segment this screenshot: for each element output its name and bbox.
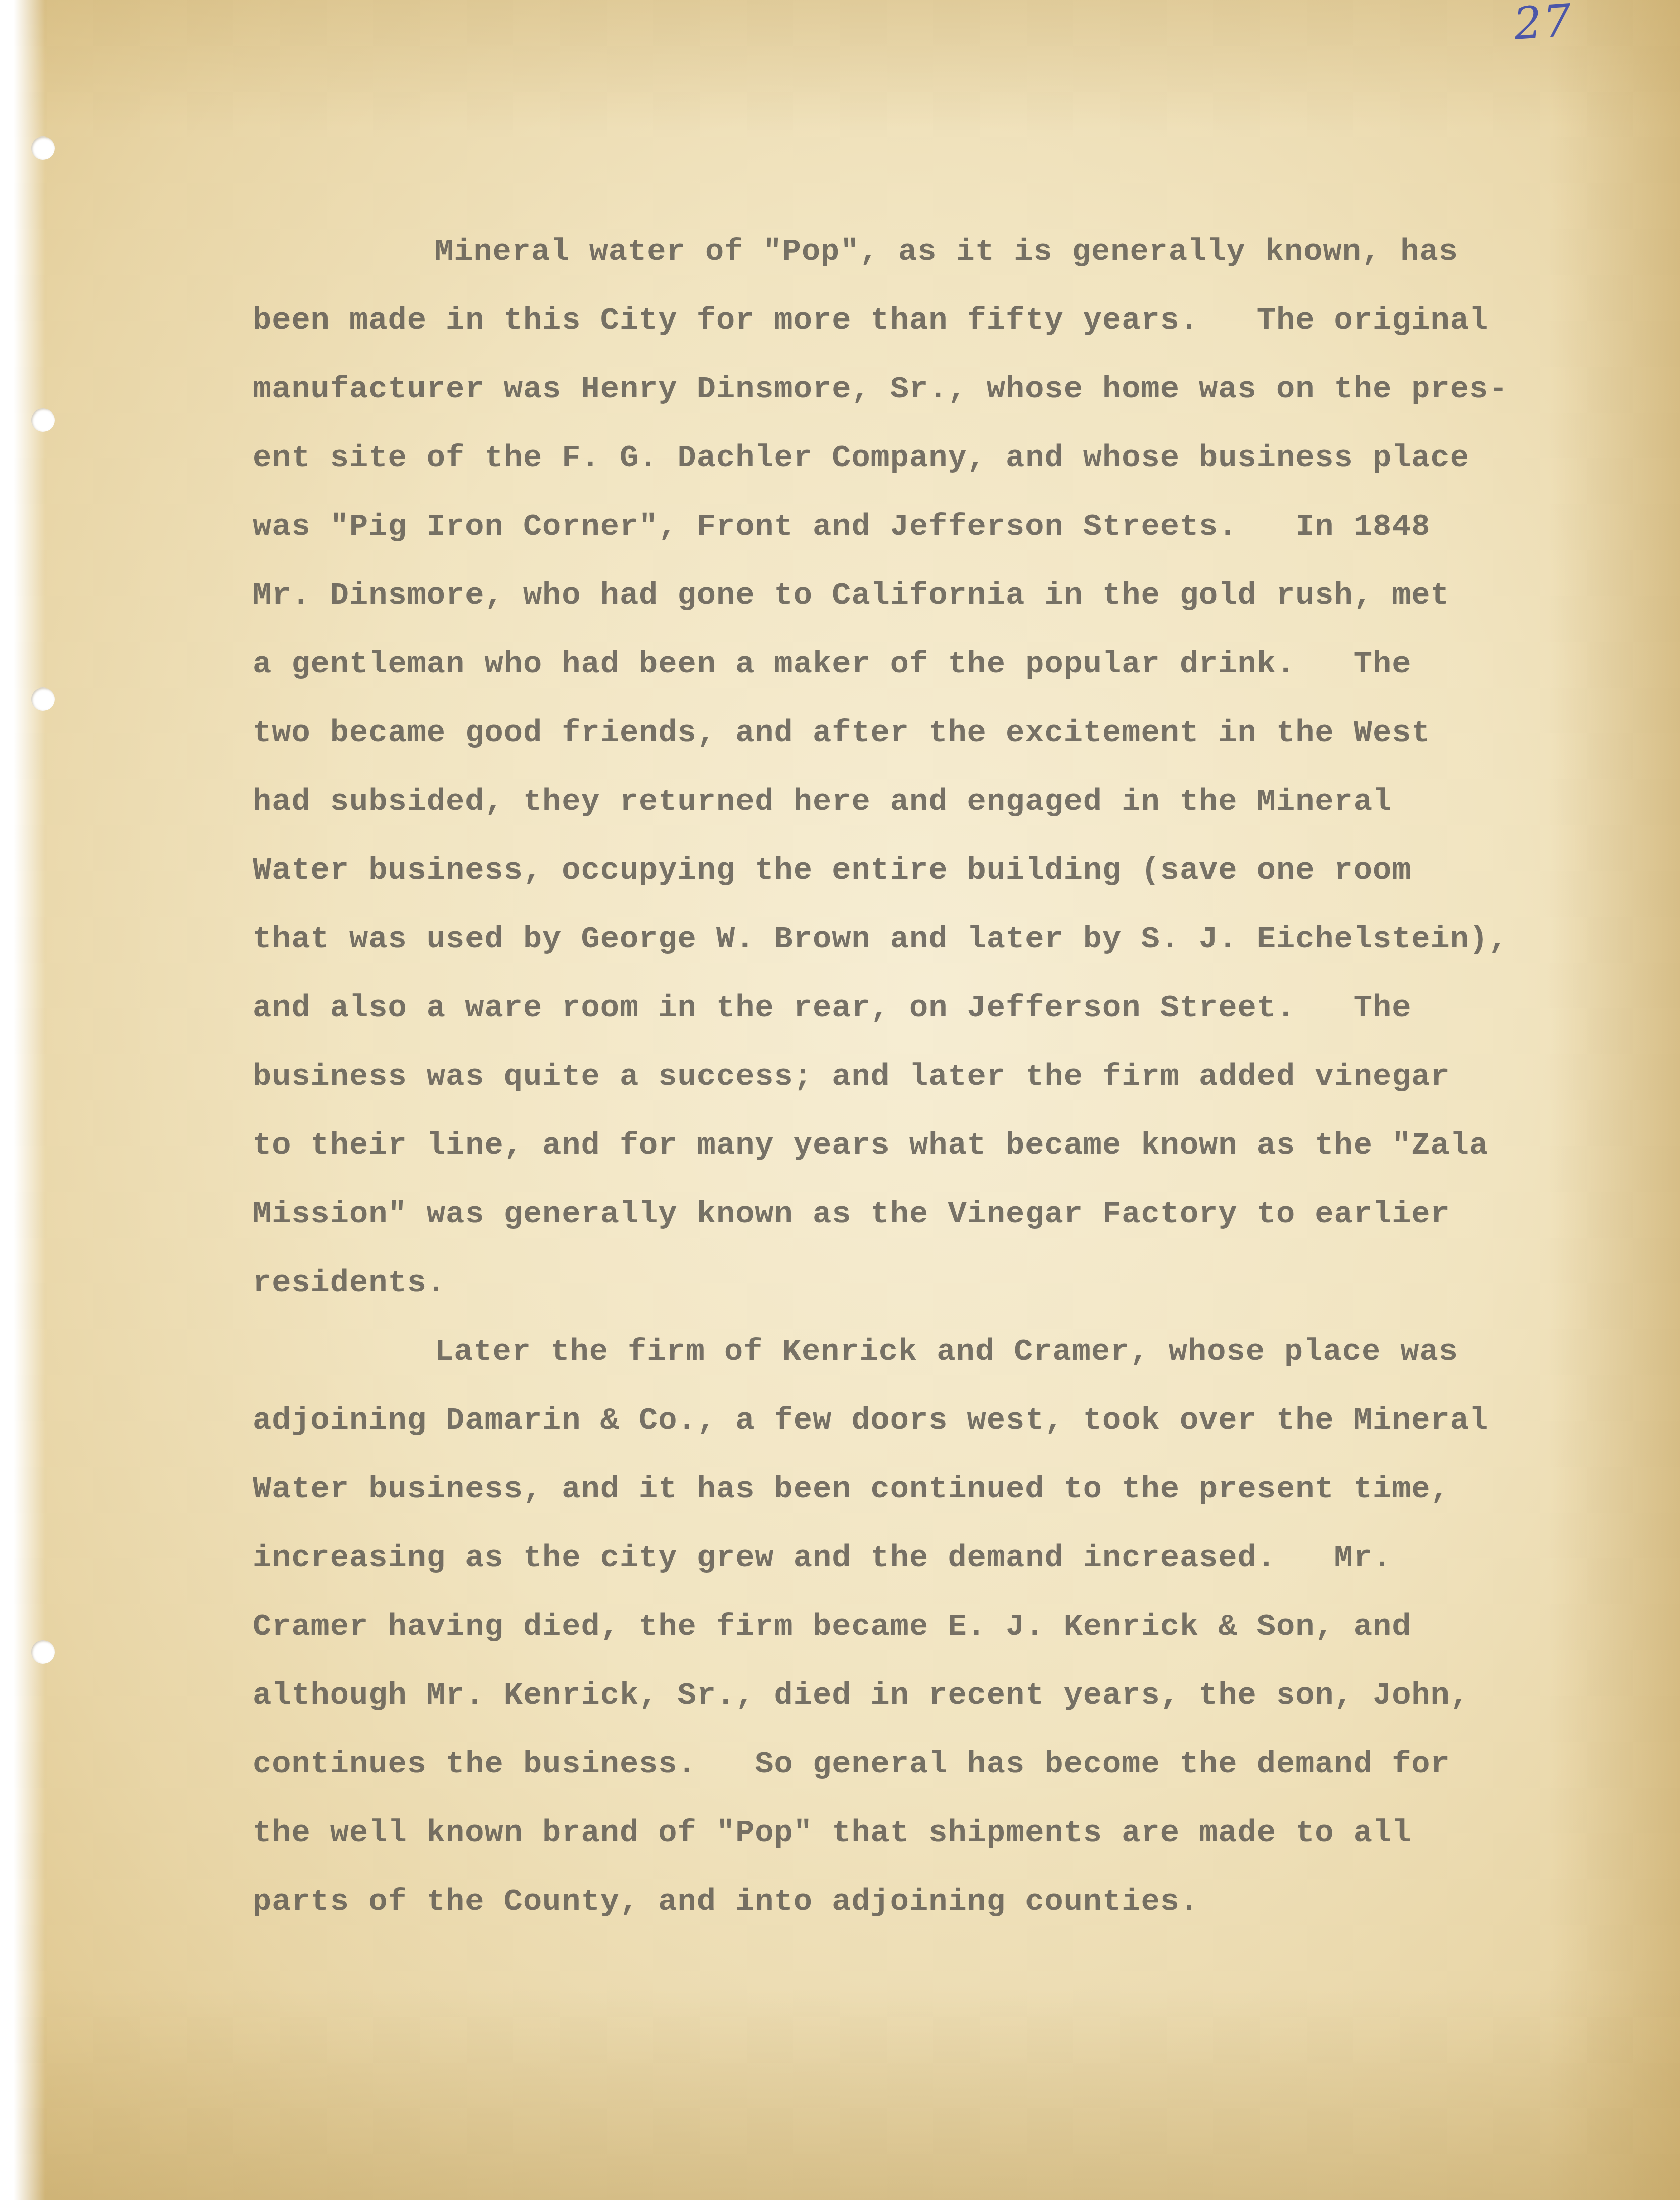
- text-line: a gentleman who had been a maker of the …: [253, 630, 1567, 699]
- text-line: Mission" was generally known as the Vine…: [253, 1180, 1567, 1249]
- text-line: manufacturer was Henry Dinsmore, Sr., wh…: [253, 355, 1567, 424]
- paragraph-2: Later the firm of Kenrick and Cramer, wh…: [253, 1317, 1567, 1936]
- text-line: ent site of the F. G. Dachler Company, a…: [253, 424, 1567, 492]
- text-line: the well known brand of "Pop" that shipm…: [253, 1799, 1567, 1867]
- text-line: and also a ware room in the rear, on Jef…: [253, 974, 1567, 1042]
- typed-document-page: 27 Mineral water of "Pop", as it is gene…: [0, 0, 1680, 2200]
- binder-punch-hole-icon: [31, 136, 55, 160]
- text-line: parts of the County, and into adjoining …: [253, 1867, 1567, 1936]
- text-line: to their line, and for many years what b…: [253, 1111, 1567, 1180]
- paper-stain-right: [1549, 0, 1680, 2200]
- binder-punch-hole-icon: [31, 1640, 55, 1664]
- text-line: residents.: [253, 1249, 1567, 1317]
- text-line: had subsided, they returned here and eng…: [253, 767, 1567, 836]
- text-line: business was quite a success; and later …: [253, 1042, 1567, 1111]
- binder-punch-hole-icon: [31, 687, 55, 711]
- paragraph-1: Mineral water of "Pop", as it is general…: [253, 217, 1567, 1317]
- typed-text-body: Mineral water of "Pop", as it is general…: [253, 217, 1567, 1936]
- text-line: Water business, and it has been continue…: [253, 1455, 1567, 1524]
- text-line: increasing as the city grew and the dema…: [253, 1524, 1567, 1592]
- torn-left-edge: [0, 0, 45, 2200]
- text-line: adjoining Damarin & Co., a few doors wes…: [253, 1386, 1567, 1455]
- paper-stain-bottom: [0, 1988, 1680, 2200]
- text-line: continues the business. So general has b…: [253, 1730, 1567, 1799]
- text-line: was "Pig Iron Corner", Front and Jeffers…: [253, 492, 1567, 561]
- text-line: Cramer having died, the firm became E. J…: [253, 1592, 1567, 1661]
- text-line: two became good friends, and after the e…: [253, 699, 1567, 767]
- binder-punch-hole-icon: [31, 408, 55, 432]
- text-line: Later the firm of Kenrick and Cramer, wh…: [253, 1317, 1567, 1386]
- text-line: Water business, occupying the entire bui…: [253, 836, 1567, 905]
- text-line: that was used by George W. Brown and lat…: [253, 905, 1567, 974]
- text-line: although Mr. Kenrick, Sr., died in recen…: [253, 1661, 1567, 1730]
- text-line: been made in this City for more than fif…: [253, 286, 1567, 355]
- paper-stain-top: [0, 0, 1680, 131]
- handwritten-page-number: 27: [1512, 0, 1574, 50]
- text-line: Mineral water of "Pop", as it is general…: [253, 217, 1567, 286]
- text-line: Mr. Dinsmore, who had gone to California…: [253, 561, 1567, 630]
